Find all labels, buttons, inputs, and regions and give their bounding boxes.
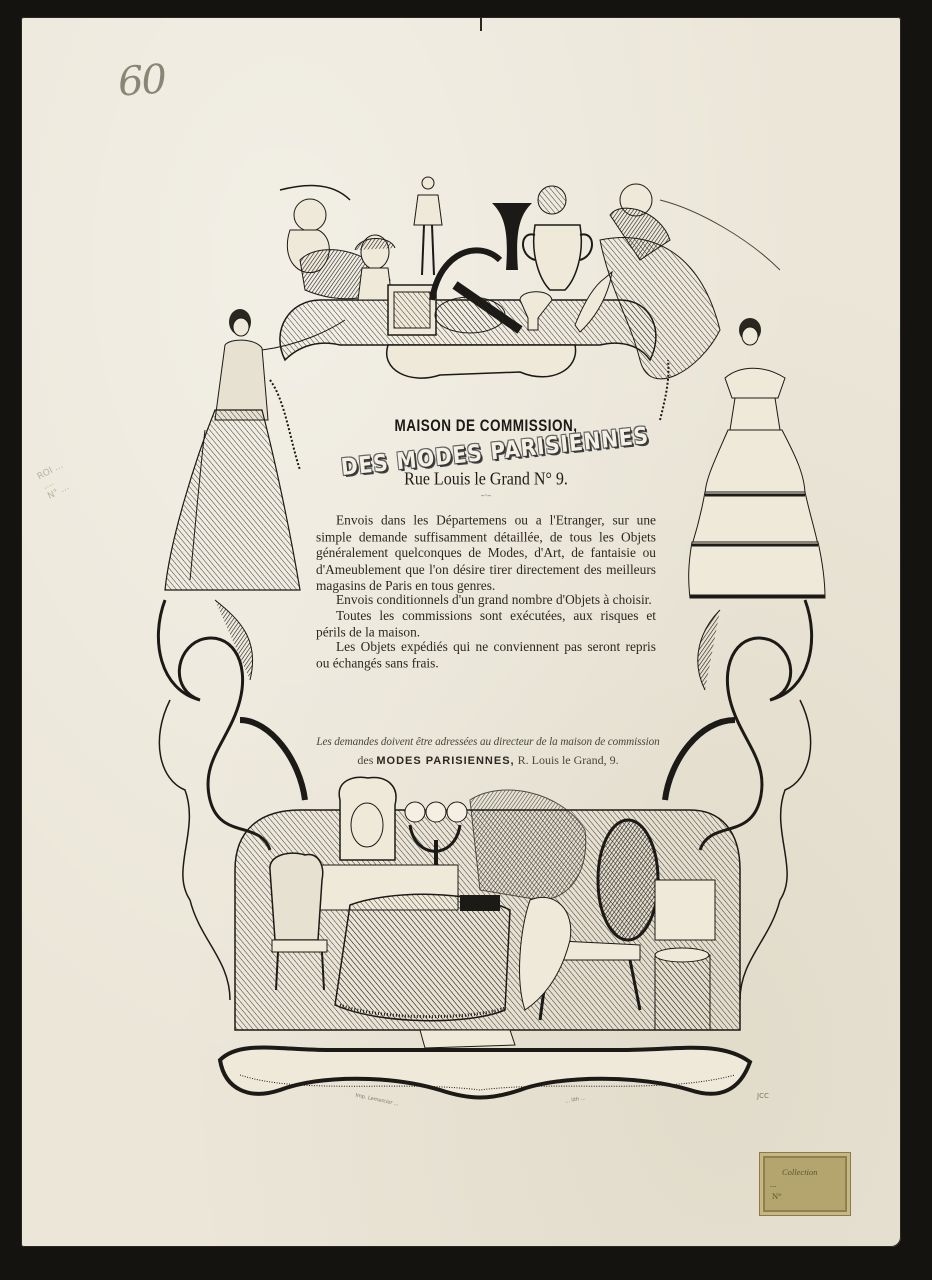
paragraph: Envois dans les Départemens ou a l'Etran… [316,512,656,594]
advertisement-text: MAISON DE COMMISSION, DES MODES PARISIEN… [316,418,656,670]
hatbox-icon [655,955,710,1030]
footer-note: Les demandes doivent être adressées au d… [316,736,660,768]
statuette-icon [414,177,442,275]
header-address: Rue Louis le Grand N° 9. [316,470,656,491]
engraver-monogram: JCC [757,1092,769,1100]
footer-prefix: des [357,753,373,767]
collection-label: Collection ... N° [759,1152,851,1216]
paragraph: Envois conditionnels d'un grand nombre d… [316,592,656,608]
footer-shop-name: MODES PARISIENNES, [376,755,514,767]
bottom-boudoir-scene [220,777,750,1097]
mirror-icon [339,777,396,860]
label-line-2: ... [770,1179,776,1189]
footer-suffix: R. Louis le Grand, 9. [518,753,619,767]
paragraph: Toutes les commissions sont exécutées, a… [316,607,656,640]
label-line-3: N° [772,1191,782,1201]
small-ornament: –·– [316,491,656,500]
top-vignette [280,177,780,379]
footer-italic-line: Les demandes doivent être adressées au d… [316,736,660,748]
paragraph: Les Objets expédiés qui ne conviennent p… [316,638,656,671]
footer-address-line: des MODES PARISIENNES, R. Louis le Grand… [316,753,660,768]
label-line-1: Collection [782,1167,817,1177]
box-icon [460,895,500,911]
body-paragraphs: Envois dans les Départemens ou a l'Etran… [316,514,656,670]
